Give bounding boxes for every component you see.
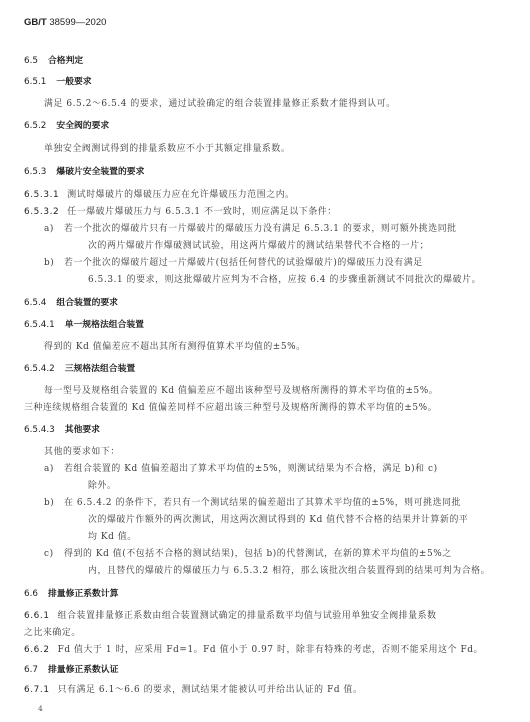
heading-6-5-4-2: 6.5.4.2三规格法组合装置 [24,363,468,377]
heading-6-6: 6.6排量修正系数计算 [24,588,468,602]
paragraph-6-5-4-2-line1: 每一型号及规格组合装置的 Kd 值偏差应不超出该种型号及规格所测得的算术平均值的… [24,385,468,399]
list-item-a-cont: 次的两片爆破片作爆破测试试验，用这两片爆破片的测试结果替代不合格的一片； [24,240,468,254]
list-item-a-cont: 除外。 [24,480,468,494]
paragraph-6-5-2: 单独安全阀测试得到的排量系数应不小于其额定排量系数。 [24,143,468,157]
list-item-a: a)若组合装置的 Kd 值偏差超出了算术平均值的±5%，则测试结果为不合格，满足… [24,463,468,477]
heading-6-5-4: 6.5.4组合装置的要求 [24,297,468,311]
document-page: GB/T 38599—2020 6.5合格判定 6.5.1一般要求 满足 6.5… [0,0,530,722]
list-item-a: a)若一个批次的爆破片只有一片爆破片的爆破压力没有满足 6.5.3.1 的要求，… [24,223,468,237]
clause-6-6-1-cont: 之比来确定。 [24,627,468,641]
standard-code: GB/T 38599—2020 [24,17,106,28]
list-item-c: c)得到的 Kd 值(不包括不合格的测试结果)，包括 b)的代替测试，在新的算术… [24,548,468,562]
heading-6-5-1: 6.5.1一般要求 [24,76,468,90]
heading-6-7: 6.7排量修正系数认证 [24,664,468,678]
standard-prefix: GB/T [24,17,47,28]
list-item-b: b)若一个批次的爆破片超过一片爆破片(包括任何替代的试验爆破片)的爆破压力没有满… [24,257,468,271]
standard-number: 38599—2020 [49,17,106,28]
list-item-b: b)在 6.5.4.2 的条件下，若只有一个测试结果的偏差超出了其算术平均值的±… [24,497,468,511]
list-item-b-cont: 6.5.3.1 的要求，则这批爆破片应判为不合格，应按 6.4 的步骤重新测试不… [24,274,468,288]
paragraph-6-5-4-2-line2: 三种连续规格组合装置的 Kd 值偏差同样不应超出该三种型号及规格所测得的算术平均… [24,402,468,416]
list-item-c-cont: 内，且替代的爆破片的爆破压力与 6.5.3.2 相符，那么该批次组合装置得到的结… [24,565,468,579]
heading-6-5: 6.5合格判定 [24,55,468,69]
list-item-b-cont2: 均 Kd 值。 [24,531,468,545]
page-number: 4 [38,704,43,713]
clause-6-5-3-1: 6.5.3.1测试时爆破片的爆破压力应在允许爆破压力范围之内。 [24,189,468,203]
clause-6-7-1: 6.7.1只有满足 6.1～6.6 的要求，测试结果才能被认可并给出认证的 Fd… [24,684,468,698]
heading-6-5-3: 6.5.3爆破片安全装置的要求 [24,166,468,180]
clause-6-6-2: 6.6.2Fd 值大于 1 时，应采用 Fd=1。Fd 值小于 0.97 时，除… [24,644,468,658]
paragraph-6-5-4-3-intro: 其他的要求如下： [24,446,468,460]
clause-6-5-3-2: 6.5.3.2任一爆破片爆破压力与 6.5.3.1 不一致时，则应满足以下条件： [24,206,468,220]
heading-6-5-4-3: 6.5.4.3其他要求 [24,424,468,438]
paragraph-6-5-1: 满足 6.5.2～6.5.4 的要求，通过试验确定的组合装置排量修正系数才能得到… [24,98,468,112]
paragraph-6-5-4-1: 得到的 Kd 值偏差应不超出其所有测得值算术平均值的±5%。 [24,341,468,355]
heading-6-5-2: 6.5.2安全阀的要求 [24,120,468,134]
list-item-b-cont: 次的爆破片作额外的两次测试，用这两次测试得到的 Kd 值代替不合格的结果并计算新… [24,514,468,528]
heading-6-5-4-1: 6.5.4.1单一规格法组合装置 [24,319,468,333]
clause-6-6-1: 6.6.1组合装置排量修正系数由组合装置测试确定的排量系数平均值与试验用单独安全… [24,610,468,624]
